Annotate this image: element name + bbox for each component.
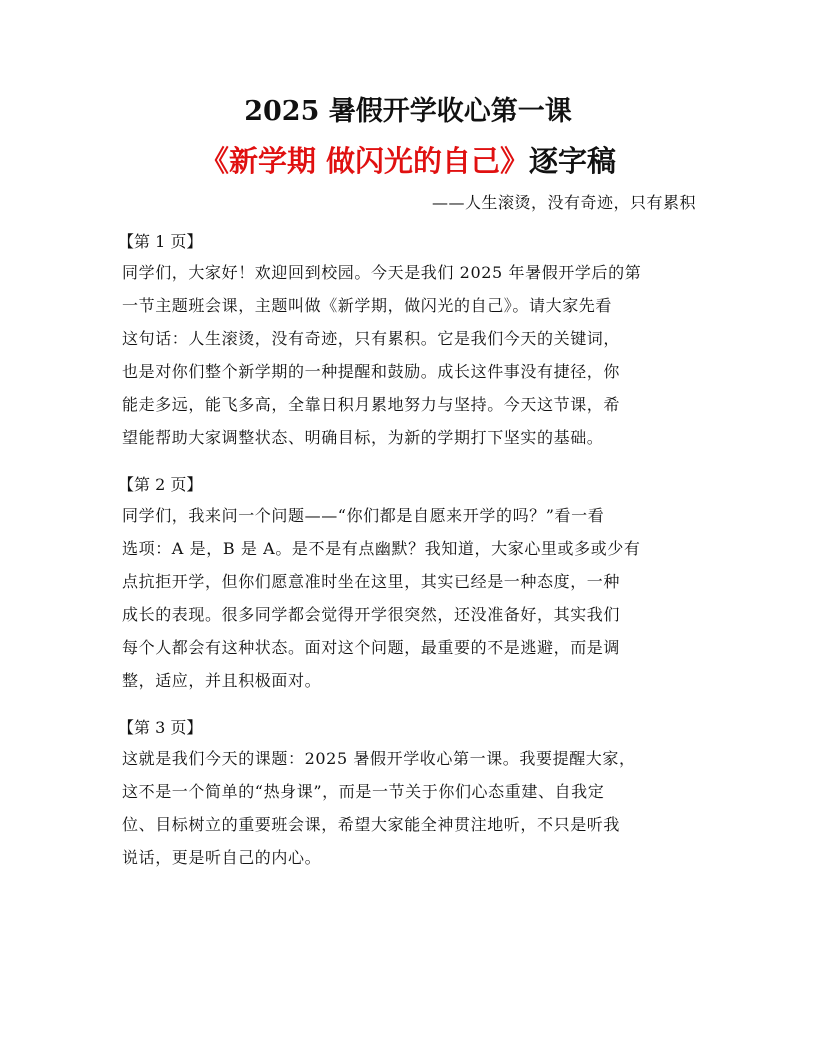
document-subtitle-title: 《新学期 做闪光的自己》逐字稿 [0,140,816,182]
text-line: 这不是一个简单的“热身课”，而是一节关于你们心态重建、自我定 [122,775,697,808]
section-heading: 【第 2 页】 [118,471,697,499]
section-heading: 【第 3 页】 [118,714,697,742]
text-line: 也是对你们整个新学期的一种提醒和鼓励。成长这件事没有捷径，你 [122,355,697,388]
section-page-2: 【第 2 页】 同学们，我来问一个问题——“你们都是自愿来开学的吗？”看一看 选… [122,471,697,697]
text-line: 整，适应，并且积极面对。 [122,664,697,697]
motto: ——人生滚烫，没有奇迹，只有累积 [432,190,696,216]
text-line: 这句话：人生滚烫，没有奇迹，只有累积。它是我们今天的关键词， [122,322,697,355]
text-line: 每个人都会有这种状态。面对这个问题，最重要的不是逃避，而是调 [122,631,697,664]
text-line: 一节主题班会课，主题叫做《新学期，做闪光的自己》。请大家先看 [122,289,697,322]
section-heading: 【第 1 页】 [118,228,697,256]
text-line: 能走多远，能飞多高，全靠日积月累地努力与坚持。今天这节课，希 [122,388,697,421]
text-line: 选项：A 是，B 是 A。是不是有点幽默？我知道，大家心里或多或少有 [122,532,697,565]
text-line: 位、目标树立的重要班会课，希望大家能全神贯注地听，不只是听我 [122,808,697,841]
section-paragraph: 这就是我们今天的课题：2025 暑假开学收心第一课。我要提醒大家， 这不是一个简… [122,742,697,874]
text-line: 说话，更是听自己的内心。 [122,841,697,874]
document-page: 2025 暑假开学收心第一课 《新学期 做闪光的自己》逐字稿 ——人生滚烫，没有… [0,0,816,1056]
text-line: 望能帮助大家调整状态、明确目标，为新的学期打下坚实的基础。 [122,421,697,454]
text-line: 同学们，我来问一个问题——“你们都是自愿来开学的吗？”看一看 [122,499,697,532]
text-line: 点抗拒开学，但你们愿意准时坐在这里，其实已经是一种态度，一种 [122,565,697,598]
section-paragraph: 同学们，我来问一个问题——“你们都是自愿来开学的吗？”看一看 选项：A 是，B … [122,499,697,697]
section-page-3: 【第 3 页】 这就是我们今天的课题：2025 暑假开学收心第一课。我要提醒大家… [122,714,697,874]
section-page-1: 【第 1 页】 同学们，大家好！欢迎回到校园。今天是我们 2025 年暑假开学后… [122,228,697,454]
section-paragraph: 同学们，大家好！欢迎回到校园。今天是我们 2025 年暑假开学后的第 一节主题班… [122,256,697,454]
theme-title-red: 《新学期 做闪光的自己》 [200,144,529,178]
text-line: 同学们，大家好！欢迎回到校园。今天是我们 2025 年暑假开学后的第 [122,256,697,289]
text-line: 成长的表现。很多同学都会觉得开学很突然，还没准备好，其实我们 [122,598,697,631]
document-body: 【第 1 页】 同学们，大家好！欢迎回到校园。今天是我们 2025 年暑假开学后… [122,228,697,891]
text-line: 这就是我们今天的课题：2025 暑假开学收心第一课。我要提醒大家， [122,742,697,775]
theme-title-suffix: 逐字稿 [529,144,616,178]
document-title: 2025 暑假开学收心第一课 [0,92,816,132]
